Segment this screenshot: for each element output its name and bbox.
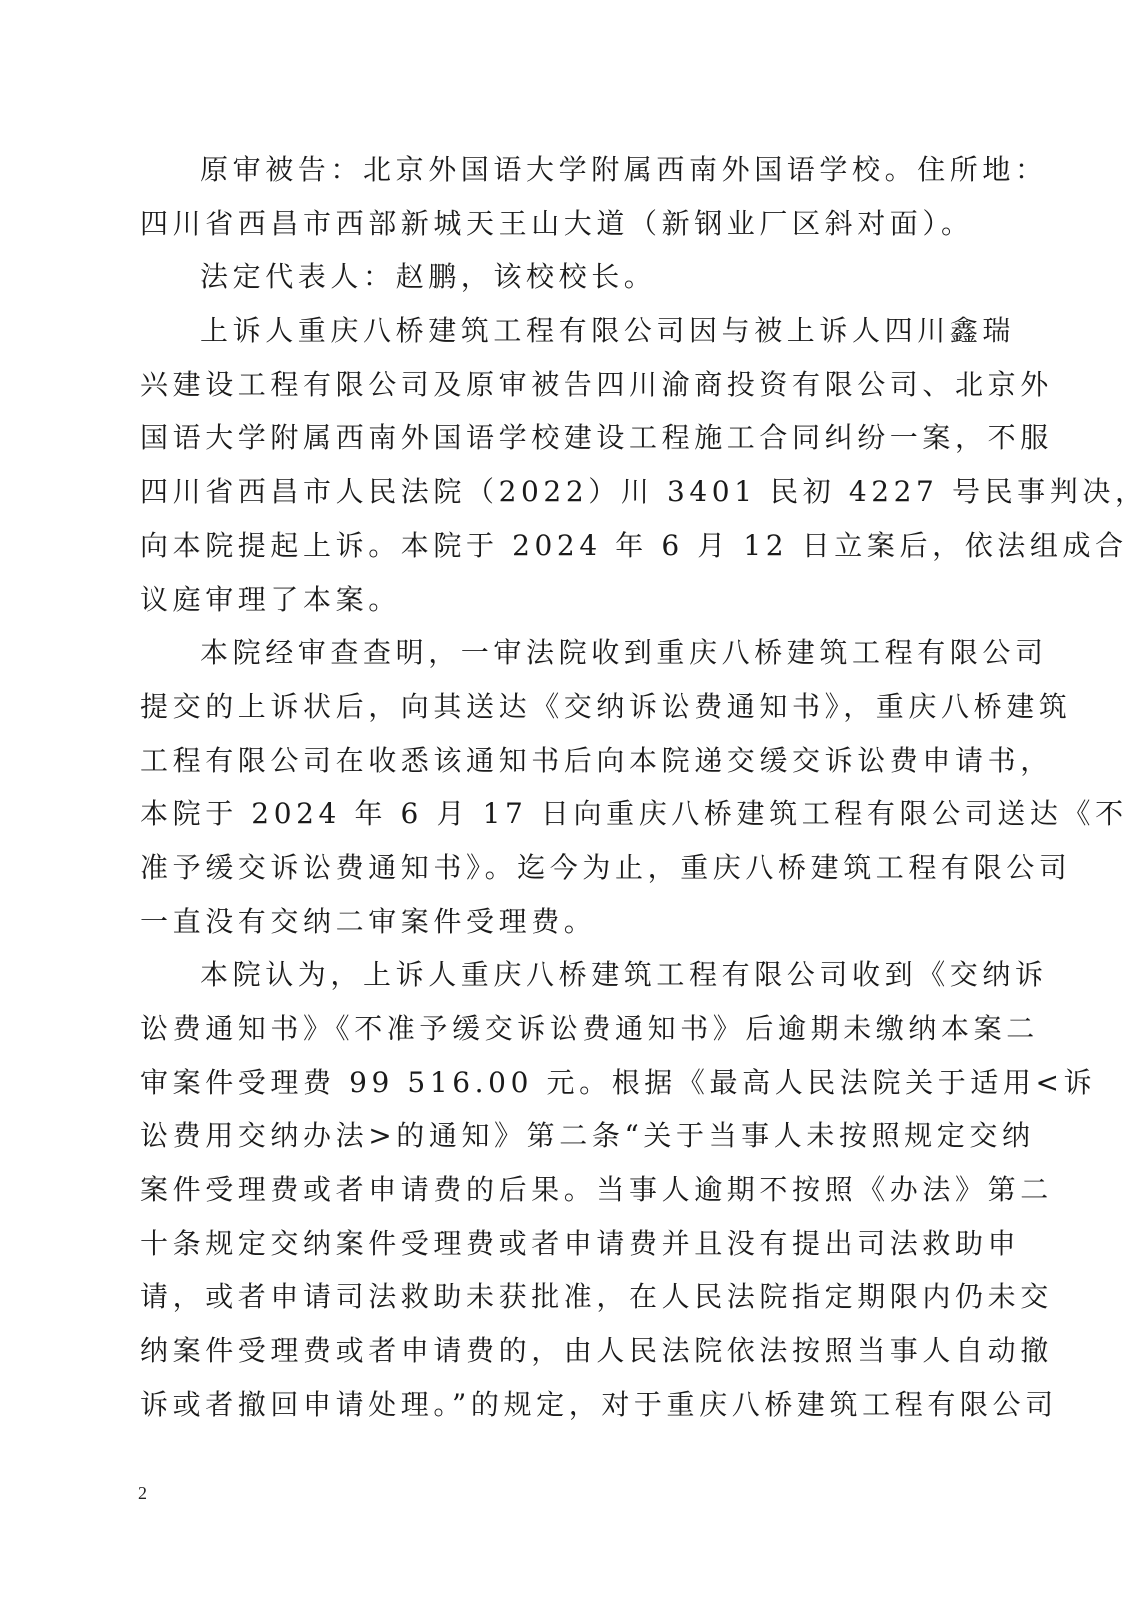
text-line: 准予缓交诉讼费通知书》。迄今为止，重庆八桥建筑工程有限公司 [140,841,975,895]
text-line: 原审被告：北京外国语大学附属西南外国语学校。住所地： [140,143,975,197]
text-line: 本院于 2024 年 6 月 17 日向重庆八桥建筑工程有限公司送达《不 [140,787,975,841]
text-line: 兴建设工程有限公司及原审被告四川渝商投资有限公司、北京外 [140,358,975,412]
document-page: 原审被告：北京外国语大学附属西南外国语学校。住所地： 四川省西昌市西部新城天王山… [0,0,1131,1600]
text-line: 诉或者撤回申请处理。”的规定，对于重庆八桥建筑工程有限公司 [140,1378,975,1432]
text-line: 向本院提起上诉。本院于 2024 年 6 月 12 日立案后，依法组成合 [140,519,975,573]
text-line: 纳案件受理费或者申请费的，由人民法院依法按照当事人自动撤 [140,1324,975,1378]
text-line: 审案件受理费 99 516.00 元。根据《最高人民法院关于适用<诉 [140,1056,975,1110]
text-line: 讼费用交纳办法>的通知》第二条“关于当事人未按照规定交纳 [140,1109,975,1163]
text-line: 本院经审查查明，一审法院收到重庆八桥建筑工程有限公司 [140,626,975,680]
text-line: 工程有限公司在收悉该通知书后向本院递交缓交诉讼费申请书， [140,734,975,788]
text-line: 一直没有交纳二审案件受理费。 [140,895,975,949]
page-number: 2 [138,1483,147,1504]
text-line: 四川省西昌市西部新城天王山大道（新钢业厂区斜对面）。 [140,197,975,251]
text-line: 提交的上诉状后，向其送达《交纳诉讼费通知书》，重庆八桥建筑 [140,680,975,734]
text-line: 四川省西昌市人民法院（2022）川 3401 民初 4227 号民事判决， [140,465,975,519]
text-line: 上诉人重庆八桥建筑工程有限公司因与被上诉人四川鑫瑞 [140,304,975,358]
document-body: 原审被告：北京外国语大学附属西南外国语学校。住所地： 四川省西昌市西部新城天王山… [140,143,975,1432]
text-line: 请，或者申请司法救助未获批准，在人民法院指定期限内仍未交 [140,1270,975,1324]
text-line: 案件受理费或者申请费的后果。当事人逾期不按照《办法》第二 [140,1163,975,1217]
text-line: 讼费通知书》《不准予缓交诉讼费通知书》后逾期未缴纳本案二 [140,1002,975,1056]
text-line: 国语大学附属西南外国语学校建设工程施工合同纠纷一案，不服 [140,411,975,465]
text-line: 议庭审理了本案。 [140,573,975,627]
text-line: 十条规定交纳案件受理费或者申请费并且没有提出司法救助申 [140,1217,975,1271]
text-line: 法定代表人：赵鹏，该校校长。 [140,250,975,304]
text-line: 本院认为，上诉人重庆八桥建筑工程有限公司收到《交纳诉 [140,948,975,1002]
